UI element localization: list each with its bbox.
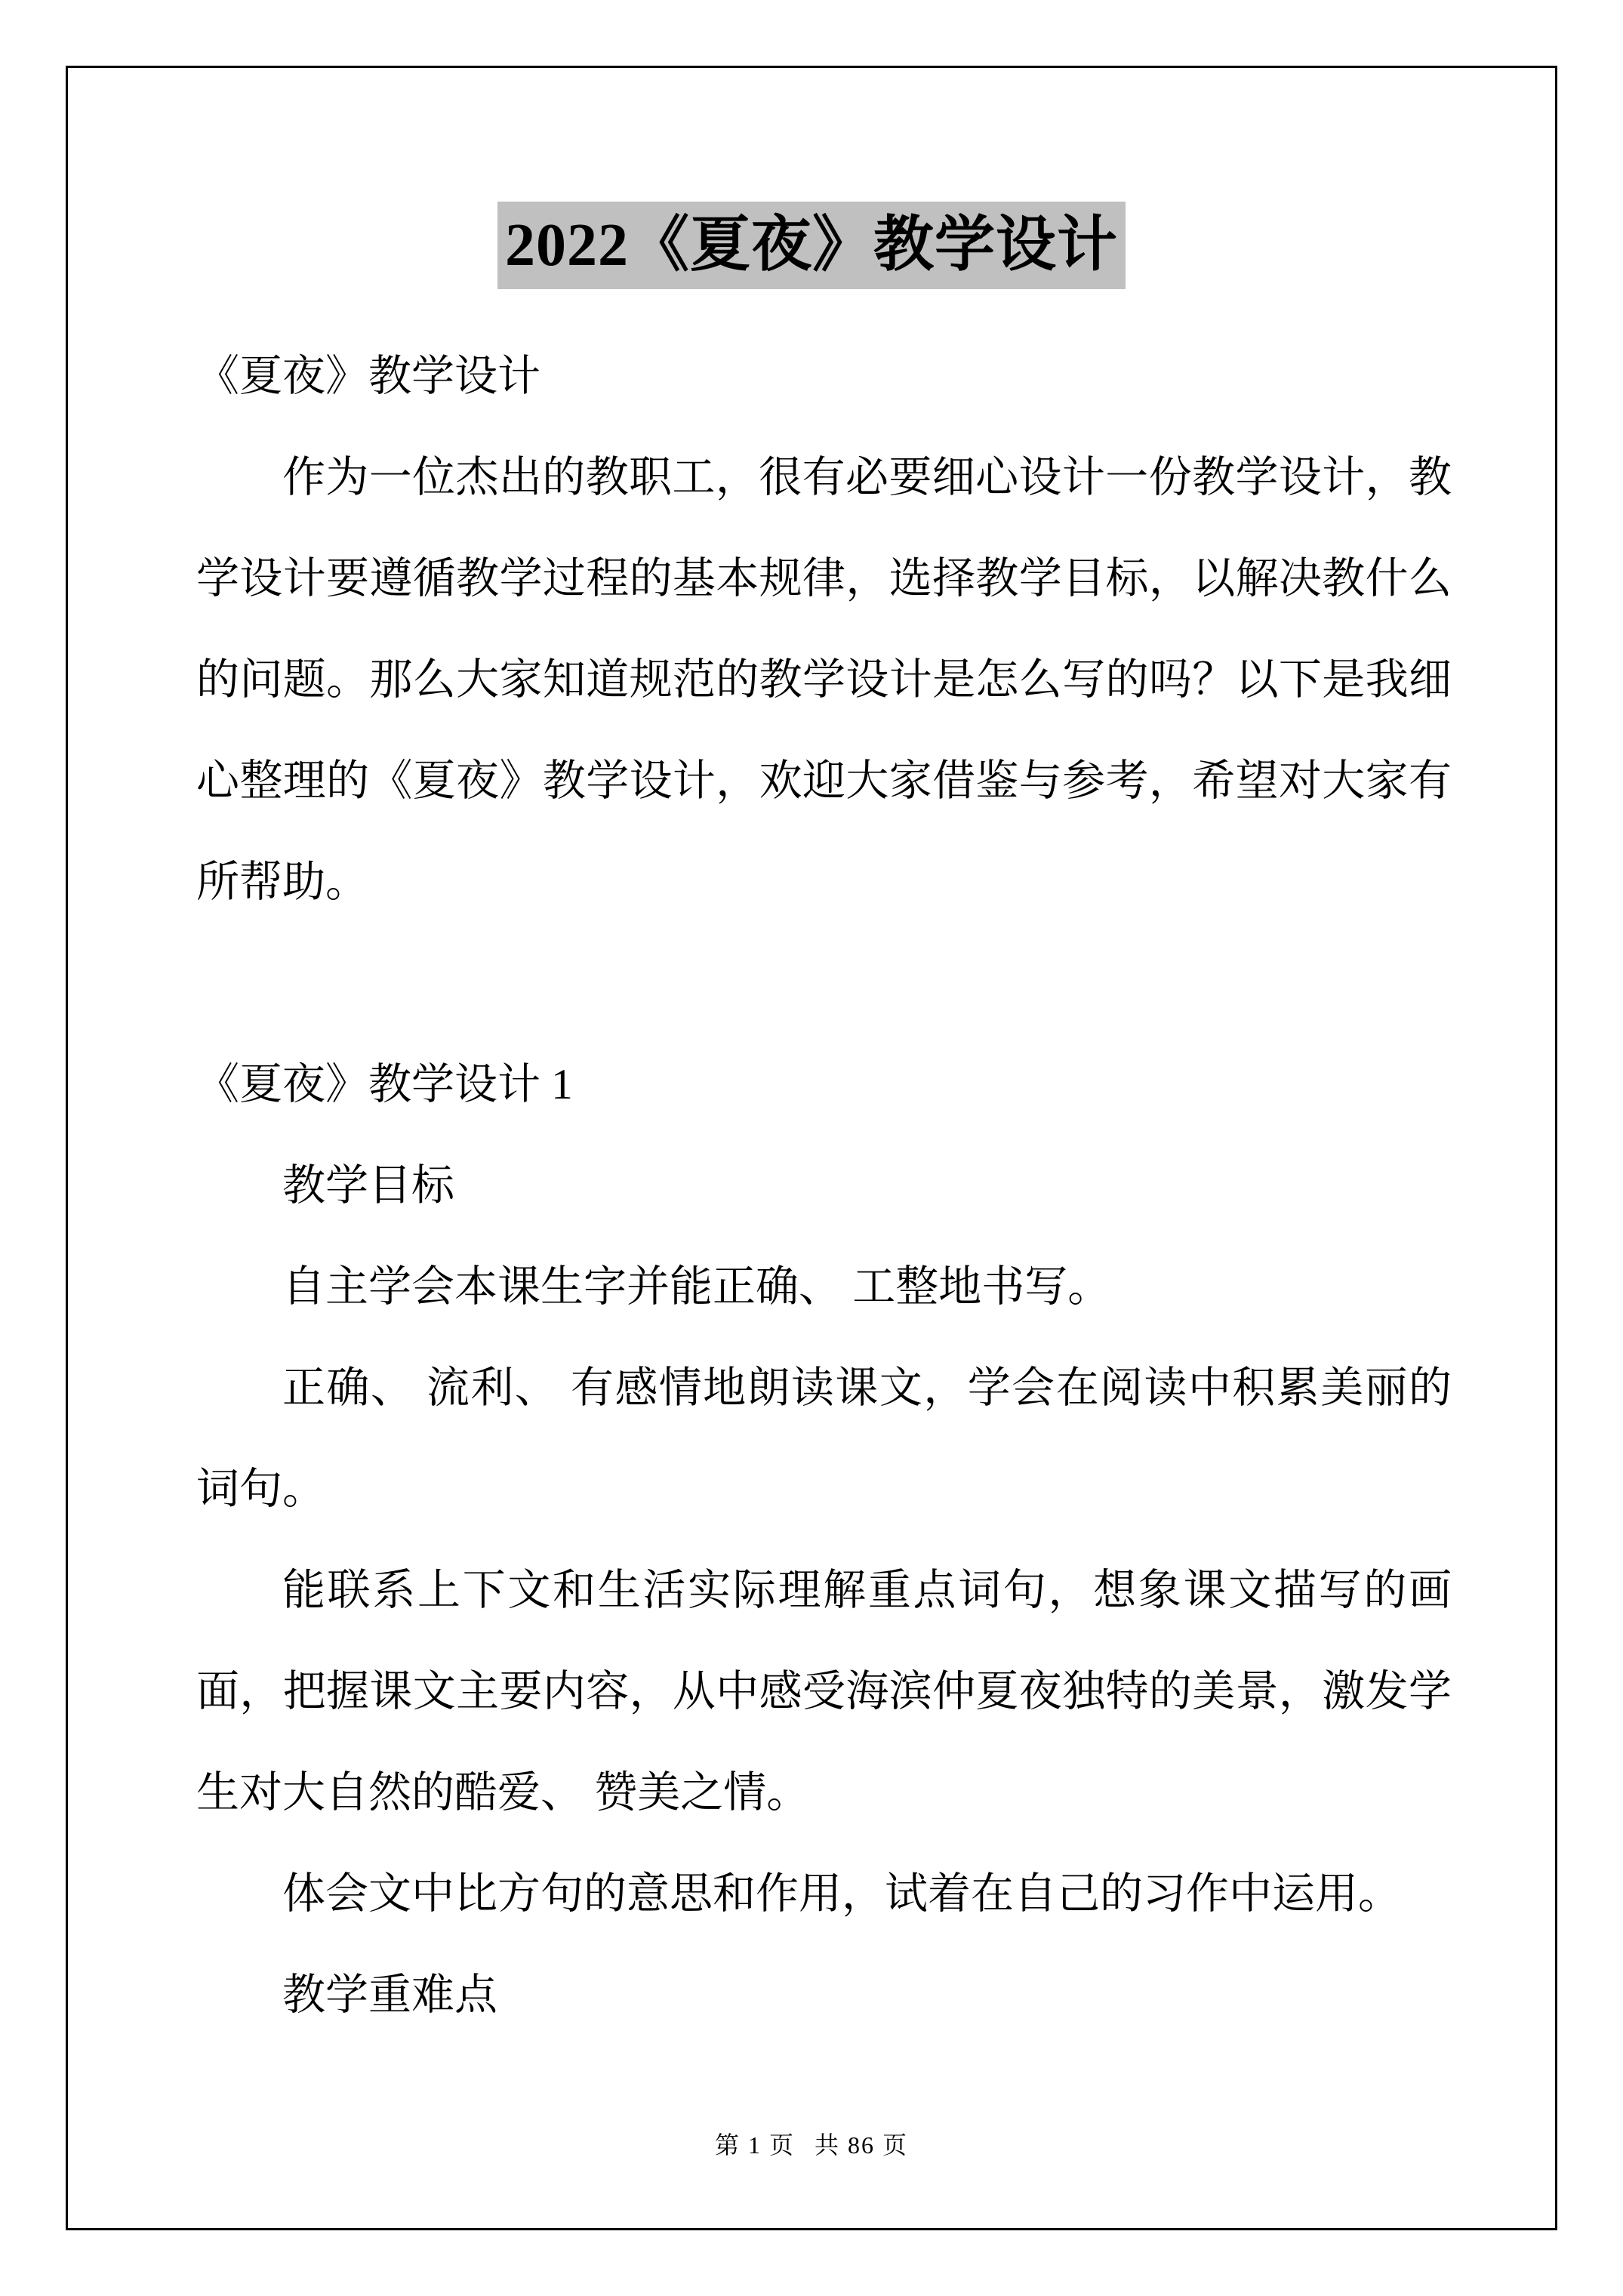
footer-page-number: 第 1 页 (715, 2131, 795, 2159)
body-paragraph: 自主学会本课生字并能正确、 工整地书写。 (196, 1237, 1452, 1338)
body-paragraph: 《夏夜》教学设计 (196, 326, 1452, 427)
page-footer: 第 1 页共 86 页 (0, 2126, 1623, 2161)
body-paragraph: 作为一位杰出的教职工，很有必要细心设计一份教学设计，教学设计要遵循教学过程的基本… (196, 427, 1452, 933)
title-highlight: 2022《夏夜》教学设计 (497, 202, 1126, 289)
body-paragraph: 能联系上下文和生活实际理解重点词句，想象课文描写的画面，把握课文主要内容，从中感… (196, 1540, 1452, 1844)
document-body: 《夏夜》教学设计 作为一位杰出的教职工，很有必要细心设计一份教学设计，教学设计要… (196, 326, 1452, 2046)
document-page: 2022《夏夜》教学设计 《夏夜》教学设计 作为一位杰出的教职工，很有必要细心设… (0, 0, 1623, 2296)
body-paragraph: 教学目标 (196, 1136, 1452, 1237)
section-heading: 《夏夜》教学设计 1 (196, 1034, 1452, 1136)
body-paragraph: 正确、 流利、 有感情地朗读课文，学会在阅读中积累美丽的词句。 (196, 1338, 1452, 1540)
footer-page-total: 共 86 页 (815, 2131, 908, 2159)
body-paragraph: 教学重难点 (196, 1945, 1452, 2046)
document-title: 2022《夏夜》教学设计 (0, 202, 1623, 289)
body-paragraph: 体会文中比方句的意思和作用，试着在自己的习作中运用。 (196, 1844, 1452, 1945)
